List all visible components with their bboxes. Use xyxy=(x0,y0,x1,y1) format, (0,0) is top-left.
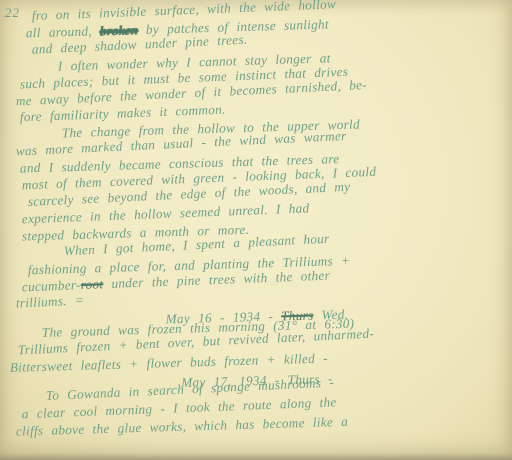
overwritten-word: broken xyxy=(100,22,138,38)
journal-text: fro on its invisible surface, with the w… xyxy=(6,9,508,441)
crossed-out-word: root xyxy=(80,276,103,292)
scan-edge-shadow xyxy=(0,453,512,460)
handwriting-text: all around, xyxy=(26,23,100,40)
handwriting-text: trilliums. = xyxy=(16,293,85,311)
journal-page: 22 fro on its invisible surface, with th… xyxy=(0,0,512,460)
handwriting-text: cucumber- xyxy=(22,277,81,294)
